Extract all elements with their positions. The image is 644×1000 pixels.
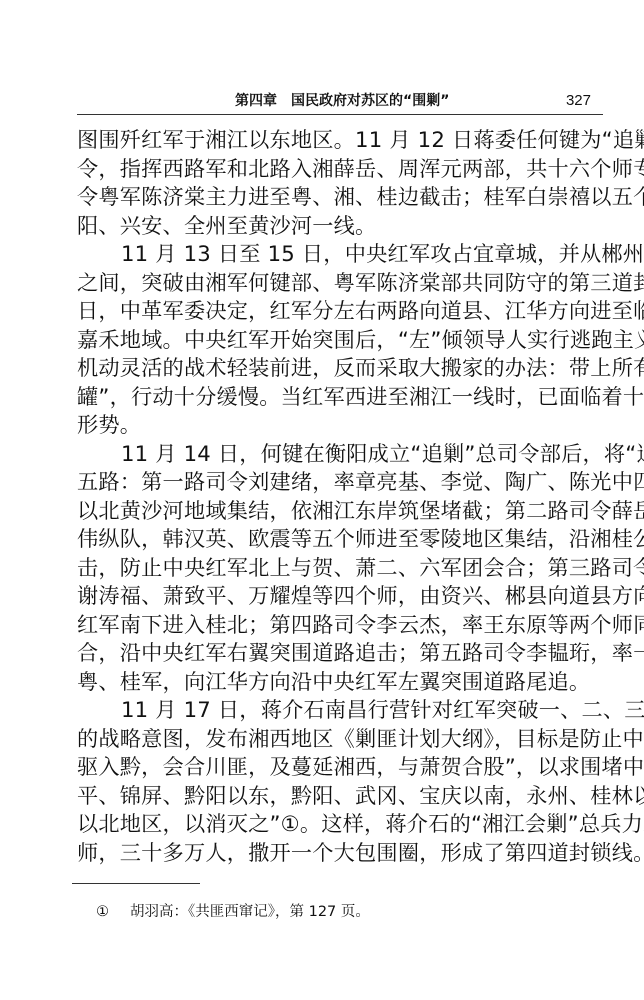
text-line: 令，指挥西路军和北路入湘薛岳、周浑元两部，共十六个师专事“追剿”； <box>77 155 597 184</box>
chapter-heading: 第四章国民政府对苏区的“围剿” <box>235 89 449 113</box>
text-line: 驱入黔，会合川匪，及蔓延湘西，与萧贺合股”，以求围堵中央红军于“黎 <box>77 753 597 782</box>
text-line: 机动灵活的战术轻装前进，反而采取大搬家的办法：带上所有“坛坛罐 <box>77 354 597 383</box>
footnote-text: 胡羽高：《共匪西窜记》，第 127 页。 <box>130 904 370 920</box>
text-line: 嘉禾地域。中央红军开始突围后，“左”倾领导人实行逃跑主义，不采取 <box>77 326 597 355</box>
footnote: ①胡羽高：《共匪西窜记》，第 127 页。 <box>96 900 370 924</box>
text-line: 师，三十多万人，撒开一个大包围圈，形成了第四道封锁线。同时，这个 <box>77 839 597 868</box>
page-number: 327 <box>566 89 591 113</box>
text-line: 合，沿中央红军右翼突围道路追击；第五路司令李韫珩，率一个师协同 <box>77 639 597 668</box>
text-line: 伟纵队，韩汉英、欧震等五个师进至零陵地区集结，沿湘桂公路进行侧 <box>77 525 597 554</box>
text-line: 阳、兴安、全州至黄沙河一线。 <box>77 212 597 241</box>
footnote-rule <box>72 883 200 884</box>
running-head: 第四章国民政府对苏区的“围剿” 327 <box>77 89 593 113</box>
text-line: 谢涛福、萧致平、万耀煌等四个师，由资兴、郴县向道县方向追击，防止 <box>77 582 597 611</box>
text-line: 五路：第一路司令刘建绪，率章亮基、李觉、陶广、陈光中四个师，向全州 <box>77 468 597 497</box>
chapter-title: 国民政府对苏区的“围剿” <box>291 93 449 109</box>
text-line: 以北黄沙河地域集结，依湘江东岸筑堡堵截；第二路司令薛岳，率吴奇 <box>77 497 597 526</box>
text-line: 红军南下进入桂北；第四路司令李云杰，率王东原等两个师同第三路配 <box>77 611 597 640</box>
text-line: 罐”，行动十分缓慢。当红军西进至湘江一线时，已面临着十分严峻的 <box>77 383 597 412</box>
chapter-number: 第四章 <box>235 93 277 109</box>
text-line: 图围歼红军于湘江以东地区。11 月 12 日蒋委任何键为“追剿军”总司 <box>77 126 597 155</box>
text-line: 形势。 <box>77 411 597 440</box>
text-line: 令粤军陈济棠主力进至粤、湘、桂边截击；桂军白崇禧以五个师扼守灌 <box>77 183 597 212</box>
footnote-marker: ① <box>96 900 130 924</box>
text-line: 以北地区，以消灭之”①。这样，蒋介石的“湘江会剿”总兵力达三十个 <box>77 810 597 839</box>
text-line: 粤、桂军，向江华方向沿中央红军左翼突围道路尾追。 <box>77 668 597 697</box>
text-line: 击，防止中央红军北上与贺、萧二、六军团会合；第三路司令周浑元，率 <box>77 554 597 583</box>
text-line: 日，中革军委决定，红军分左右两路向道县、江华方向进至临武、蓝山、 <box>77 297 597 326</box>
text-line: 平、锦屏、黔阳以东，黔阳、武冈、宝庆以南，永州、桂林以西，龙胜、洪州 <box>77 782 597 811</box>
body-text: 图围歼红军于湘江以东地区。11 月 12 日蒋委任何键为“追剿军”总司 令，指挥… <box>77 126 597 867</box>
text-line: 的战略意图，发布湘西地区《剿匪计划大纲》，目标是防止中央红军“长 <box>77 725 597 754</box>
header-rule <box>77 114 603 115</box>
paragraph-start-line: 11 月 17 日，蒋介石南昌行营针对红军突破一、二、三道封锁线后 <box>77 696 597 725</box>
paragraph-start-line: 11 月 13 日至 15 日，中央红军攻占宜章城，并从郴州、宜章、乐昌 <box>77 240 597 269</box>
text-line: 之间，突破由湘军何键部、粤军陈济棠部共同防守的第三道封锁线。18 <box>77 269 597 298</box>
paragraph-start-line: 11 月 14 日，何键在衡阳成立“追剿”总司令部后，将“追剿军”分为 <box>77 440 597 469</box>
